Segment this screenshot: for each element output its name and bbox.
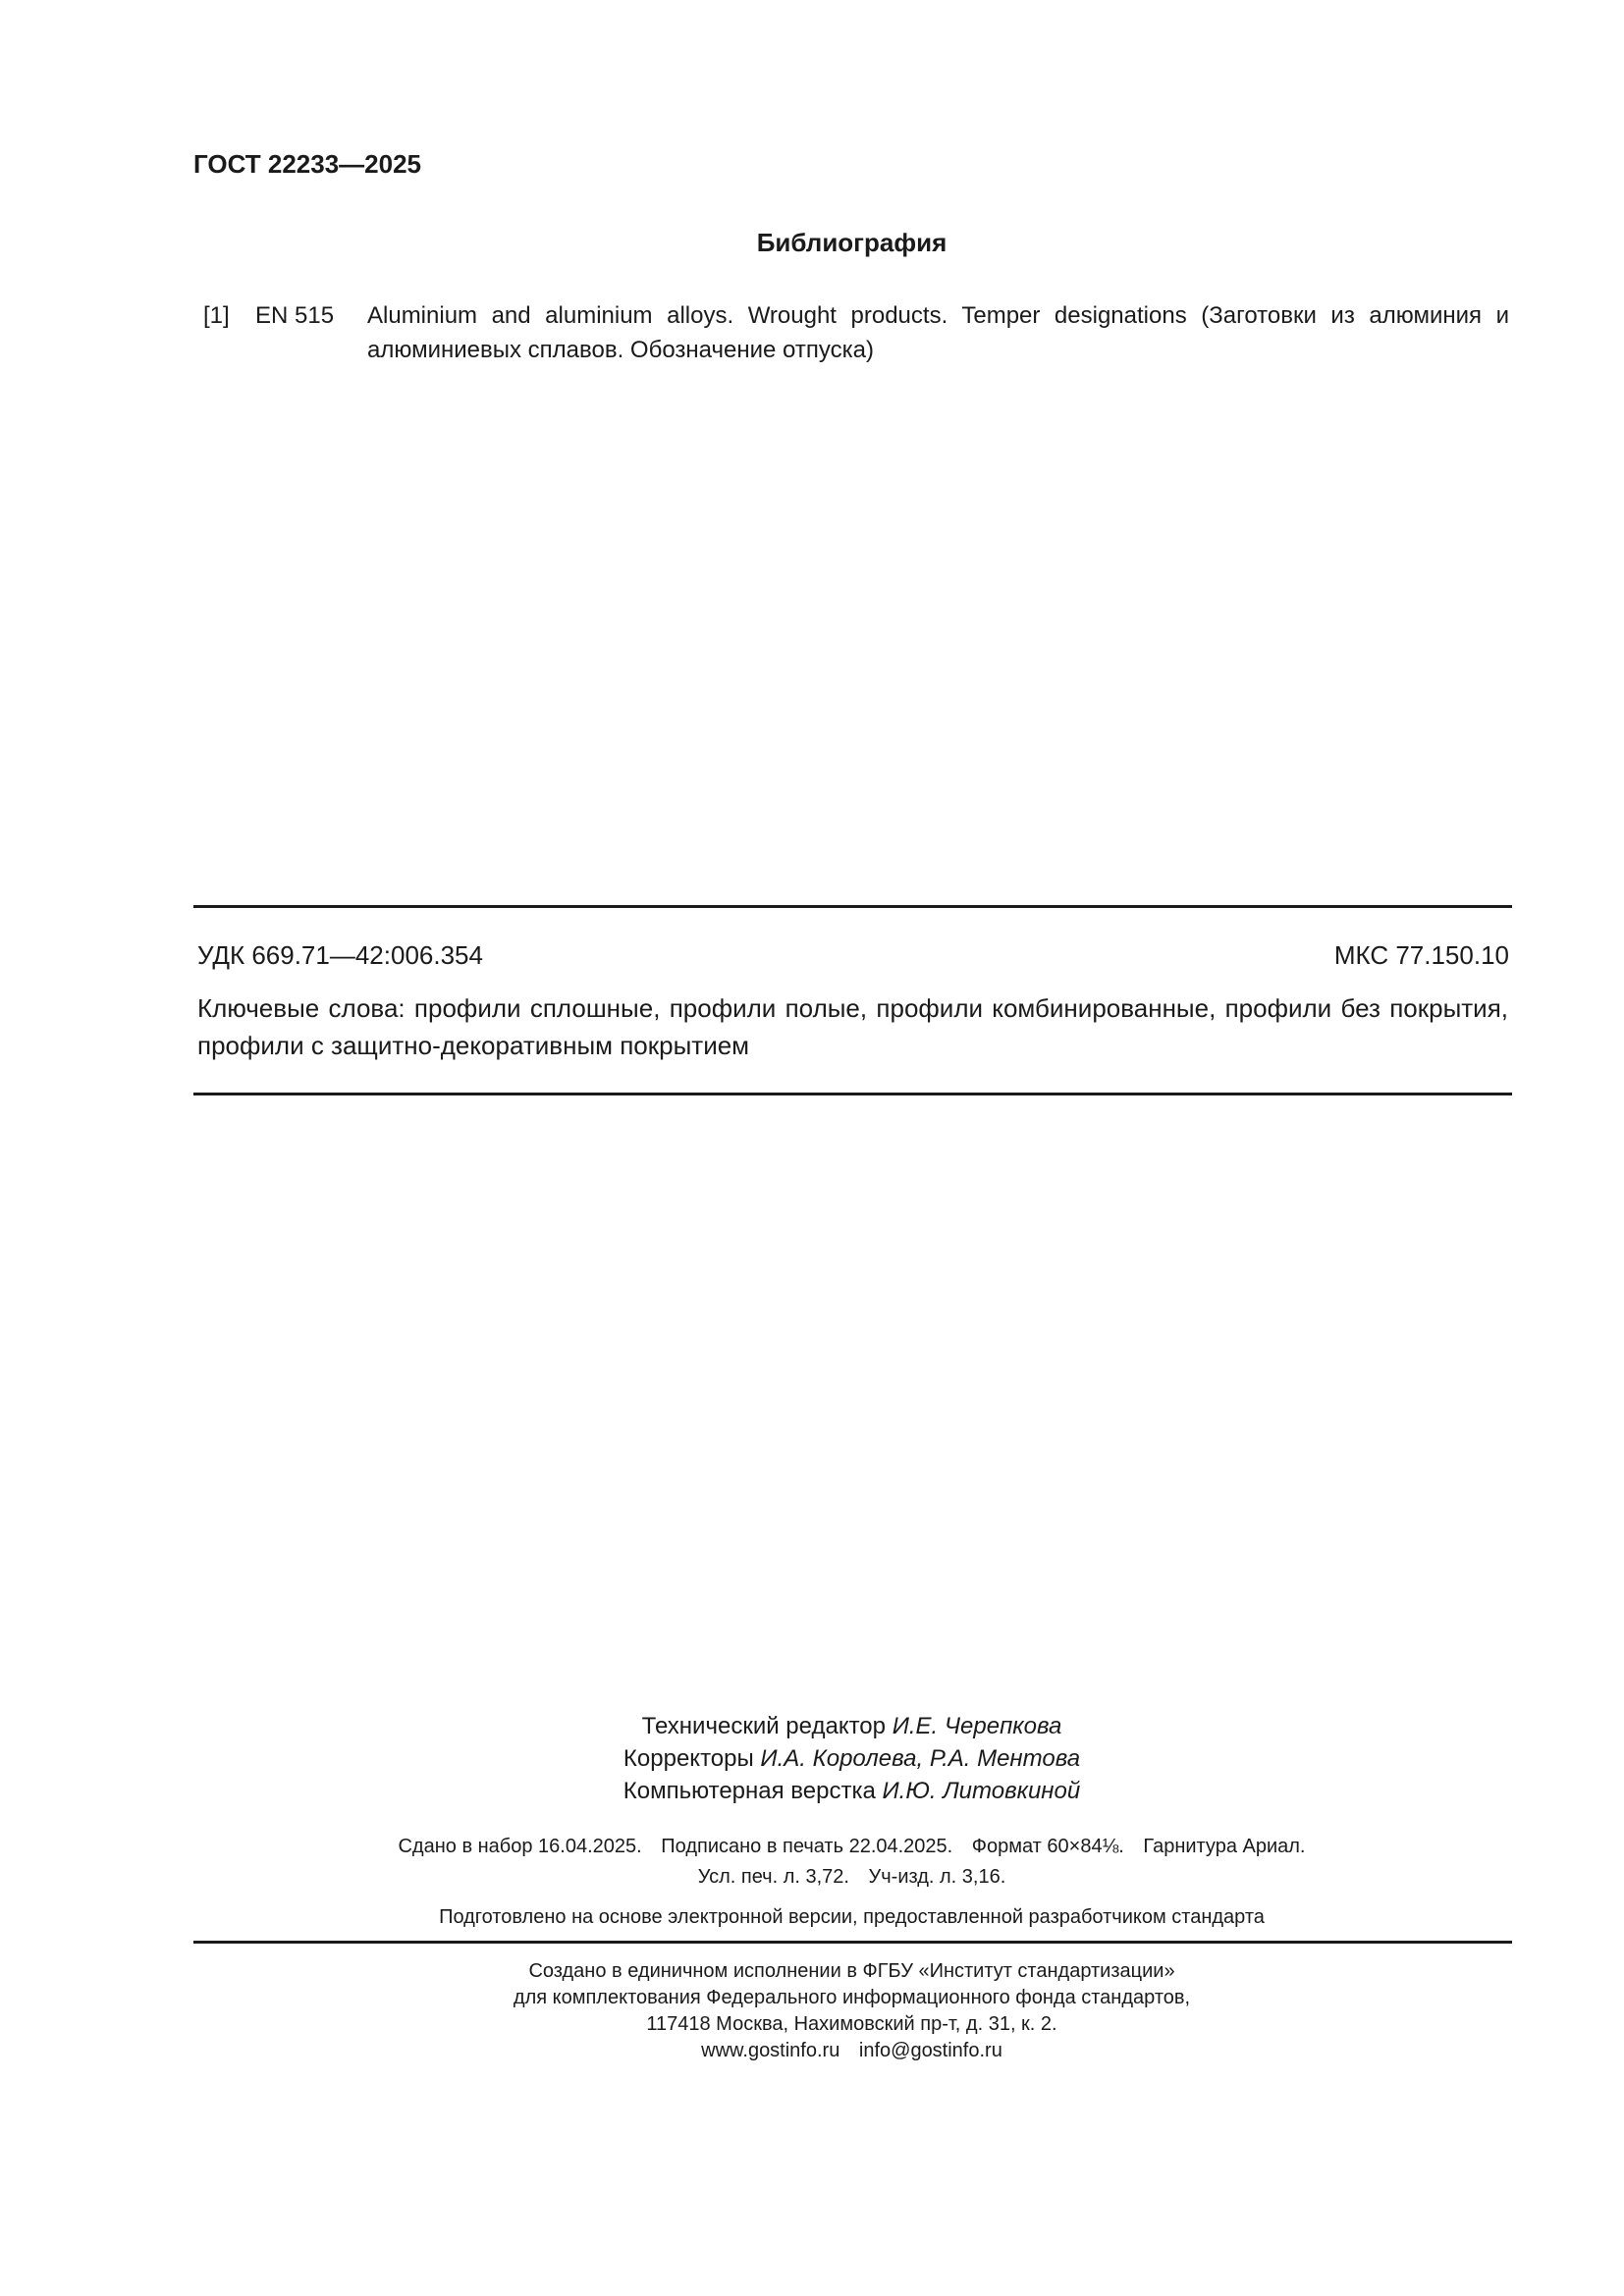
tech-editor-name: И.Е. Черепкова bbox=[893, 1713, 1062, 1739]
udk-code: УДК 669.71—42:006.354 bbox=[197, 940, 483, 971]
entry-text: Aluminium and aluminium alloys. Wrought … bbox=[367, 298, 1509, 367]
credits-block: Технический редактор И.Е. Черепкова Корр… bbox=[0, 1710, 1624, 1807]
document-id: ГОСТ 22233—2025 bbox=[193, 149, 421, 180]
entry-number: [1] bbox=[203, 298, 255, 367]
website-link[interactable]: www.gostinfo.ru bbox=[701, 2040, 839, 2061]
publisher-line-2: для комплектования Федерального информац… bbox=[0, 1985, 1624, 2011]
correctors-names: И.А. Королева, Р.А. Ментова bbox=[760, 1745, 1080, 1772]
entry-code: EN 515 bbox=[255, 298, 367, 367]
divider-top bbox=[193, 905, 1512, 908]
imprint-line-1: Сдано в набор 16.04.2025. Подписано в пе… bbox=[0, 1832, 1624, 1862]
imprint-block: Сдано в набор 16.04.2025. Подписано в пе… bbox=[0, 1832, 1624, 1893]
prepared-note: Подготовлено на основе электронной верси… bbox=[0, 1906, 1624, 1929]
correctors-line: Корректоры И.А. Королева, Р.А. Ментова bbox=[0, 1742, 1624, 1775]
publisher-block: Создано в единичном исполнении в ФГБУ «И… bbox=[0, 1958, 1624, 2064]
tech-editor-line: Технический редактор И.Е. Черепкова bbox=[0, 1710, 1624, 1742]
divider-publisher bbox=[193, 1941, 1512, 1944]
email-link[interactable]: info@gostinfo.ru bbox=[859, 2040, 1002, 2061]
imprint-line-2: Усл. печ. л. 3,72. Уч-изд. л. 3,16. bbox=[0, 1862, 1624, 1893]
bibliography-entry: [1] EN 515 Aluminium and aluminium alloy… bbox=[203, 298, 1509, 367]
publisher-contacts: www.gostinfo.ru info@gostinfo.ru bbox=[0, 2038, 1624, 2064]
publisher-address: 117418 Москва, Нахимовский пр-т, д. 31, … bbox=[0, 2011, 1624, 2038]
layout-name: И.Ю. Литовкиной bbox=[883, 1778, 1081, 1804]
bibliography-title: Библиография bbox=[0, 228, 1624, 258]
mks-code: МКС 77.150.10 bbox=[1334, 940, 1509, 971]
publisher-line-1: Создано в единичном исполнении в ФГБУ «И… bbox=[0, 1958, 1624, 1985]
divider-bottom bbox=[193, 1093, 1512, 1095]
keywords: Ключевые слова: профили сплошные, профил… bbox=[197, 989, 1508, 1064]
layout-line: Компьютерная верстка И.Ю. Литовкиной bbox=[0, 1775, 1624, 1807]
